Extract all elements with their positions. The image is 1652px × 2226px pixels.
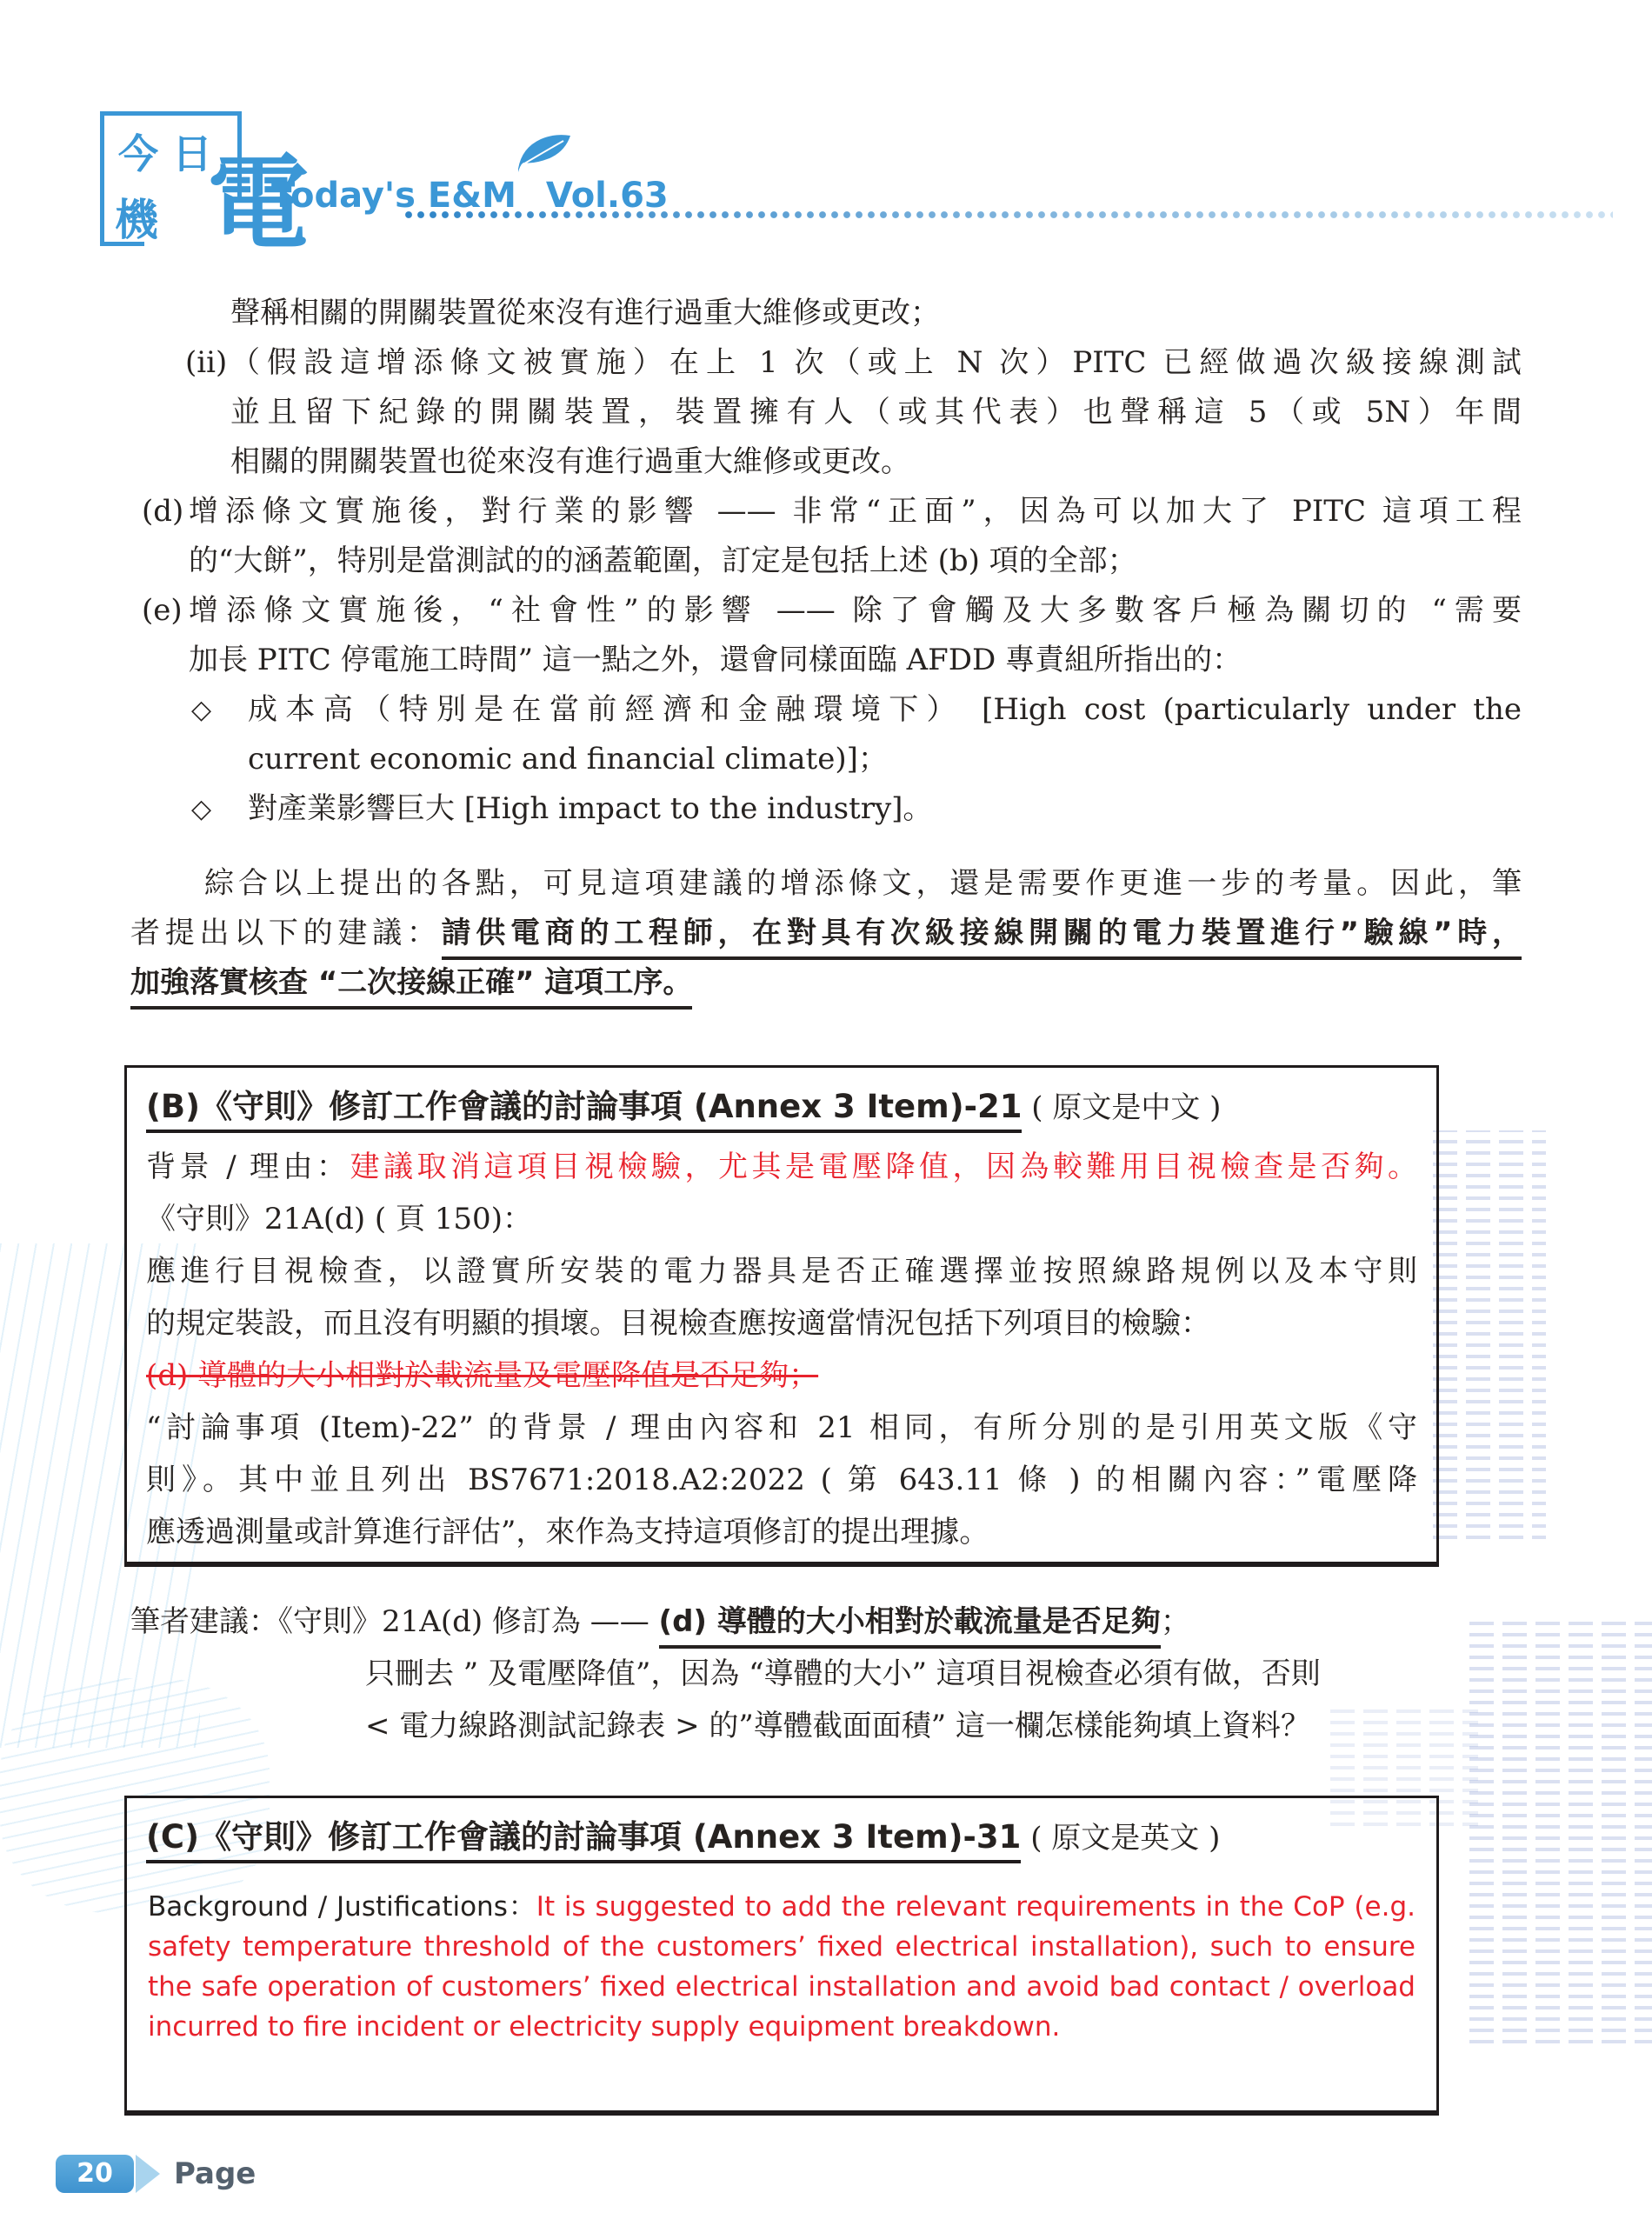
text-line: 的“大餅”，特別是當測試的的涵蓋範圍，訂定是包括上述 (b) 項的全部； (130, 537, 1522, 586)
text-line: 相關的開關裝置也從來沒有進行過重大維修或更改。 (130, 437, 1522, 487)
bullet-item: ◇對產業影響巨大 [High impact to the industry]。 (130, 784, 1522, 834)
list-item-e: (e)增添條文實施後，“社會性”的影響 —— 除了會觸及大多數客戶極為關切的 “… (130, 586, 1522, 636)
red-justification-text: 建議取消這項目視檢驗，尤其是電壓降值，因為較難用目視檢查是否夠。 (350, 1150, 1417, 1184)
emphasized-clause: (d) 導體的大小相對於載流量是否足夠 (659, 1604, 1161, 1649)
text-line: 應進行目視檢查，以證實所安裝的電力器具是否正確選擇並按照線路規例以及本守則 (146, 1245, 1417, 1297)
author-suggestion-paragraph: 筆者建議：《守則》21A(d) 修訂為 —— (d) 導體的大小相對於載流量是否… (130, 1596, 1522, 1752)
list-item-d: (d)增添條文實施後，對行業的影響 —— 非常“正面”，因為可以加大了 PITC… (130, 487, 1522, 537)
text-line: 筆者建議：《守則》21A(d) 修訂為 —— (d) 導體的大小相對於載流量是否… (130, 1596, 1522, 1648)
box-b-title-note: ( 原文是中文 ) (1022, 1090, 1221, 1125)
text-line: 綜合以上提出的各點，可見這項建議的增添條文，還是需要作更進一步的考量。因此，筆 (130, 859, 1522, 909)
text-line: < 電力線路測試記錄表 > 的”導體截面面積” 這一欄怎樣能夠填上資料？ (130, 1700, 1522, 1752)
box-c-title: (C)《守則》修訂工作會議的討論事項 (Annex 3 Item)-31 ( 原… (146, 1810, 1417, 1871)
leaf-icon (513, 129, 576, 176)
text-line: 並且留下紀錄的開關裝置，裝置擁有人（或其代表）也聲稱這 5（或 5N）年間 (130, 388, 1522, 437)
emphasized-recommendation: 請供電商的工程師，在對具有次級接線開關的電力裝置進行”驗線”時， (442, 916, 1522, 960)
background-label: Background / Justifications： (148, 1891, 536, 1923)
discussion-box-c: (C)《守則》修訂工作會議的討論事項 (Annex 3 Item)-31 ( 原… (124, 1796, 1439, 2116)
text-line: 只刪去 ” 及電壓降值”，因為 “導體的大小” 這項目視檢查必須有做，否則 (130, 1648, 1522, 1700)
diamond-bullet-icon: ◇ (191, 685, 211, 735)
list-marker: (d) (142, 487, 183, 537)
text-line: current economic and financial climate)]… (130, 735, 1522, 784)
emphasized-recommendation: 加強落實核查 “二次接線正確” 這項工序。 (130, 965, 692, 1010)
discussion-box-b: (B)《守則》修訂工作會議的討論事項 (Annex 3 Item)-21 ( 原… (124, 1065, 1439, 1567)
page-number-badge: 20 (56, 2155, 134, 2193)
page-label: Page (174, 2155, 256, 2193)
text-line: 背景 / 理由：建議取消這項目視檢驗，尤其是電壓降值，因為較難用目視檢查是否夠。 (146, 1141, 1417, 1193)
summary-paragraph: 綜合以上提出的各點，可見這項建議的增添條文，還是需要作更進一步的考量。因此，筆 … (130, 859, 1522, 1008)
diamond-bullet-icon: ◇ (191, 784, 211, 834)
volume-number: Vol.63 (546, 176, 669, 216)
text-line: 聲稱相關的開關裝置從來沒有進行過重大維修或更改； (130, 289, 1522, 338)
magazine-logo: 今日 機 電 (100, 111, 242, 246)
text-line: “討論事項 (Item)-22” 的背景 / 理由內容和 21 相同，有所分別的… (146, 1402, 1417, 1454)
text-line: 的規定裝設，而且沒有明顯的損壞。目視檢查應按適當情況包括下列項目的檢驗： (146, 1297, 1417, 1350)
list-marker: (ii) (185, 338, 227, 388)
magazine-name: Today's E&M (271, 176, 516, 216)
body-text-block: 聲稱相關的開關裝置從來沒有進行過重大維修或更改； (ii)（假設這增添條文被實施… (130, 289, 1522, 834)
list-marker: (e) (142, 586, 183, 636)
struck-clause: (d) 導體的大小相對於載流量及電壓降值是否足夠； (146, 1350, 1417, 1402)
text-line: 則》。其中並且列出 BS7671:2018.A2:2022 ( 第 643.11… (146, 1454, 1417, 1506)
chevron-right-icon (136, 2155, 160, 2193)
text-line: 《守則》21A(d) ( 頁 150)： (146, 1193, 1417, 1245)
magazine-page: 今日 機 電 Today's E&MVol.63 聲稱相關的開關裝置從來沒有進行… (0, 0, 1652, 2226)
right-building-decoration-top (1433, 1130, 1546, 1539)
box-b-title: (B)《守則》修訂工作會議的討論事項 (Annex 3 Item)-21 ( 原… (146, 1080, 1417, 1141)
magazine-title: Today's E&MVol.63 (271, 176, 669, 216)
text-line: 者提出以下的建議：請供電商的工程師，在對具有次級接線開關的電力裝置進行”驗線”時… (130, 909, 1522, 958)
bullet-item: ◇成本高（特別是在當前經濟和金融環境下） [High cost (particu… (130, 685, 1522, 735)
text-line: 應透過測量或計算進行評估”，來作為支持這項修訂的提出理據。 (146, 1506, 1417, 1558)
list-item-ii: (ii)（假設這增添條文被實施）在上 1 次（或上 N 次）PITC 已經做過次… (130, 338, 1522, 388)
box-c-title-note: ( 原文是英文 ) (1021, 1821, 1220, 1856)
text-line: 加長 PITC 停電施工時間” 這一點之外，還會同樣面臨 AFDD 專責組所指出… (130, 636, 1522, 685)
text-line: 加強落實核查 “二次接線正確” 這項工序。 (130, 958, 1522, 1008)
logo-text-ji: 機 (115, 185, 158, 248)
box-c-paragraph: Background / Justifications：It is sugges… (148, 1887, 1416, 2047)
